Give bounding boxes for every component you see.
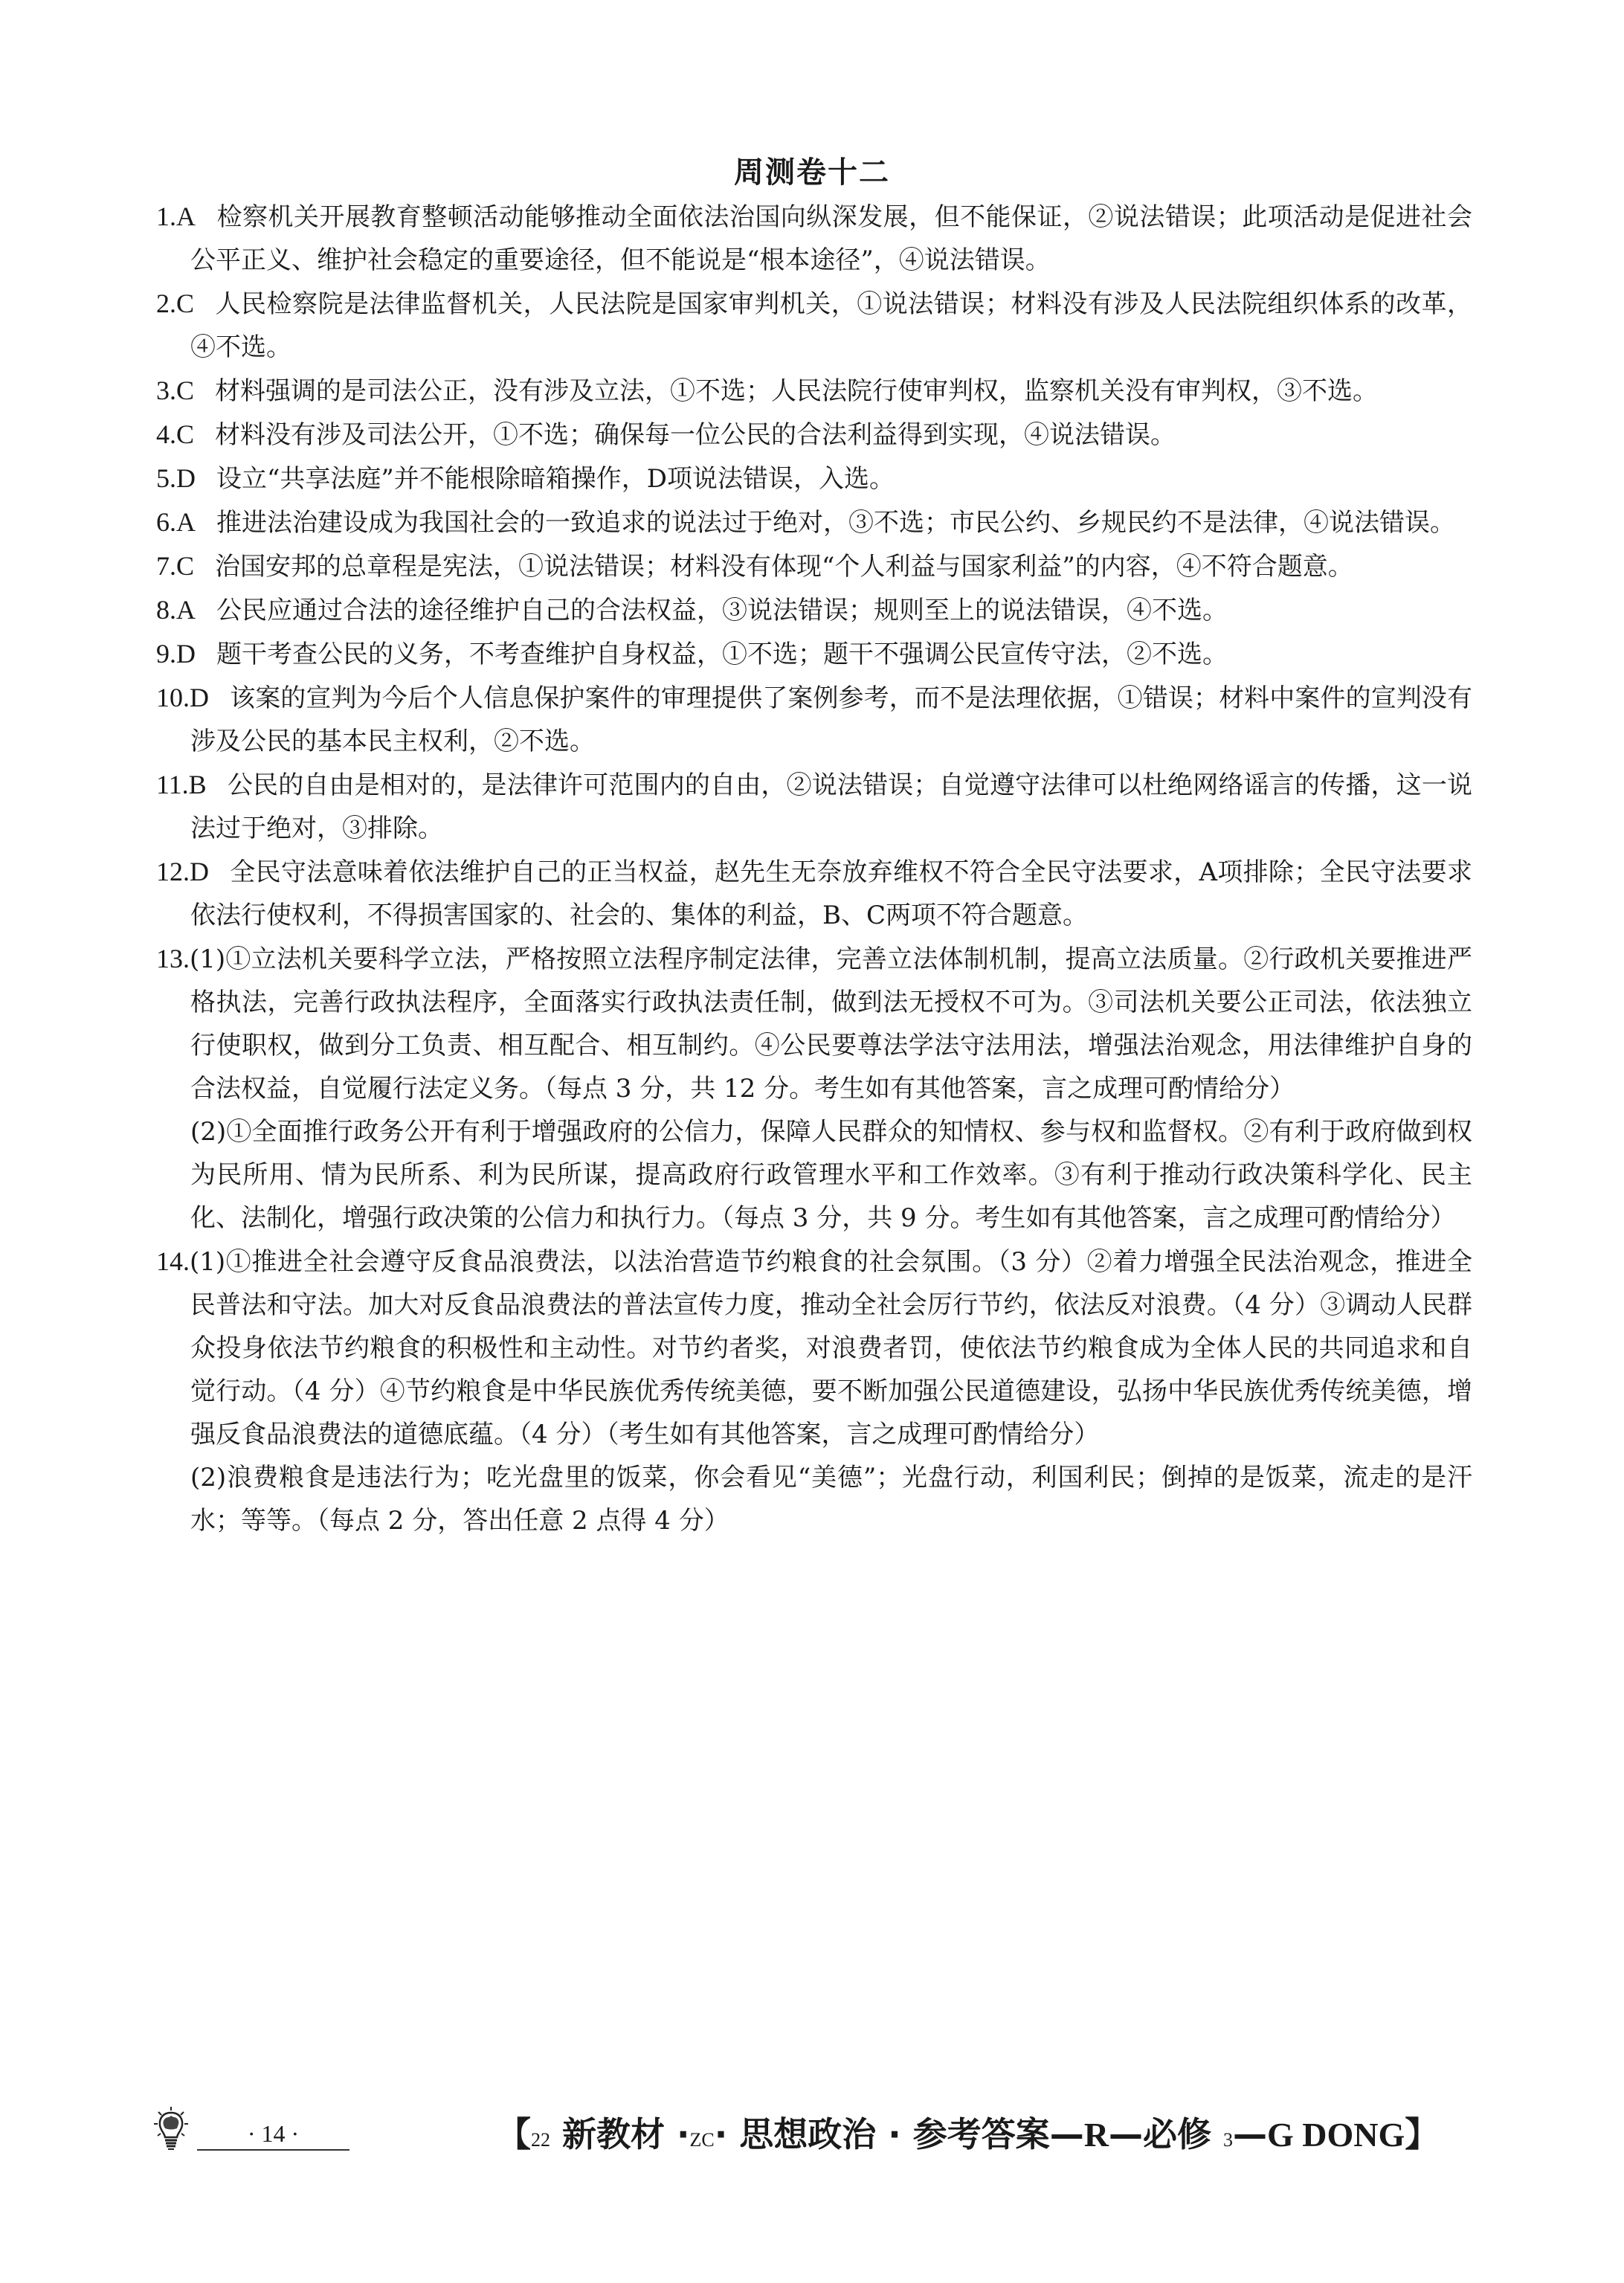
answer-explanation: 公民的自由是相对的，是法律许可范围内的自由，②说法错误；自觉遵守法律可以杜绝网络… — [190, 770, 1472, 843]
page-number: · 14 · — [197, 2120, 349, 2151]
answer-content: 1.A检察机关开展教育整顿活动能够推动全面依法治国向纵深发展，但不能保证，②说法… — [156, 195, 1472, 1542]
answer-explanation: 该案的宣判为今后个人信息保护案件的审理提供了案例参考，而不是法理依据，①错误；材… — [190, 683, 1472, 756]
answer-item-13-part-2: (2)①全面推行政务公开有利于增强政府的公信力，保障人民群众的知情权、参与权和监… — [156, 1110, 1472, 1240]
answer-explanation: 材料强调的是司法公正，没有涉及立法，①不选；人民法院行使审判权，监察机关没有审判… — [215, 376, 1378, 406]
answer-key: D — [190, 857, 209, 886]
footer-region: G DONG — [1267, 2116, 1405, 2154]
answer-key: D — [176, 463, 196, 493]
answer-item-3: 3.C材料强调的是司法公正，没有涉及立法，①不选；人民法院行使审判权，监察机关没… — [156, 369, 1472, 413]
footer-volume: 必修 — [1143, 2114, 1211, 2154]
footer-year: 22 — [531, 2129, 550, 2151]
page-title: 周测卷十二 — [0, 149, 1624, 191]
answer-key: A — [176, 507, 196, 537]
answer-explanation: 全民守法意味着依法维护自己的正当权益，赵先生无奈放弃维权不符合全民守法要求，A项… — [190, 857, 1472, 930]
answer-key: A — [176, 202, 196, 231]
answer-explanation: 公民应通过合法的途径维护自己的合法权益，③说法错误；规则至上的说法错误，④不选。 — [216, 596, 1228, 625]
answer-explanation: 检察机关开展教育整顿活动能够推动全面依法治国向纵深发展，但不能保证，②说法错误；… — [190, 202, 1472, 275]
answer-item-7: 7.C治国安邦的总章程是宪法，①说法错误；材料没有体现“个人利益与国家利益”的内… — [156, 544, 1472, 588]
answer-item-2: 2.C人民检察院是法律监督机关，人民法院是国家审判机关，①说法错误；材料没有涉及… — [156, 282, 1472, 369]
answer-key: B — [189, 770, 207, 799]
answer-explanation: 设立“共享法庭”并不能根除暗箱操作，D项说法错误，入选。 — [216, 464, 895, 494]
answer-item-6: 6.A推进法治建设成为我国社会的一致追求的说法过于绝对，③不选；市民公约、乡规民… — [156, 500, 1472, 544]
answer-item-8: 8.A公民应通过合法的途径维护自己的合法权益，③说法错误；规则至上的说法错误，④… — [156, 588, 1472, 632]
answer-key: C — [176, 551, 194, 581]
answer-explanation: (1)①推进全社会遵守反食品浪费法，以法治营造节约粮食的社会氛围。（3 分）②着… — [190, 1247, 1472, 1449]
footer-series: 新教材 — [562, 2114, 665, 2154]
answer-explanation: 材料没有涉及司法公开，①不选；确保每一位公民的合法利益得到实现，④说法错误。 — [215, 420, 1176, 450]
answer-key: D — [176, 639, 196, 669]
footer-volume-num: 3 — [1223, 2129, 1233, 2151]
page-footer-right: 【22 新教材 ·ZC· 思想政治 · 参考答案—R—必修 3—G DONG】 — [497, 2107, 1439, 2157]
footer-subject: 思想政治 — [739, 2114, 876, 2154]
footer-code: ZC — [690, 2129, 715, 2151]
answer-key: C — [176, 376, 194, 405]
answer-item-12: 12.D全民守法意味着依法维护自己的正当权益，赵先生无奈放弃维权不符合全民守法要… — [156, 850, 1472, 937]
answer-item-14-part-2: (2)浪费粮食是违法行为；吃光盘里的饭菜，你会看见“美德”；光盘行动，利国利民；… — [156, 1456, 1472, 1542]
lightbulb-brain-icon — [152, 2106, 190, 2151]
answer-explanation: 推进法治建设成为我国社会的一致追求的说法过于绝对，③不选；市民公约、乡规民约不是… — [216, 508, 1455, 538]
answer-item-11: 11.B公民的自由是相对的，是法律许可范围内的自由，②说法错误；自觉遵守法律可以… — [156, 763, 1472, 850]
answer-explanation: 治国安邦的总章程是宪法，①说法错误；材料没有体现“个人利益与国家利益”的内容，④… — [215, 552, 1353, 582]
answer-item-9: 9.D题干考查公民的义务，不考查维护自身权益，①不选；题干不强调公民宣传守法，②… — [156, 632, 1472, 676]
page-footer-left: · 14 · — [152, 2106, 349, 2151]
answer-item-13-part-1: 13.(1)①立法机关要科学立法，严格按照立法程序制定法律，完善立法体制机制，提… — [156, 937, 1472, 1110]
answer-item-5: 5.D设立“共享法庭”并不能根除暗箱操作，D项说法错误，入选。 — [156, 457, 1472, 500]
footer-doc-type: 参考答案 — [913, 2114, 1050, 2154]
answer-key: C — [176, 419, 194, 449]
answer-key: A — [176, 595, 196, 625]
answer-item-10: 10.D该案的宣判为今后个人信息保护案件的审理提供了案例参考，而不是法理依据，①… — [156, 676, 1472, 763]
answer-item-4: 4.C材料没有涉及司法公开，①不选；确保每一位公民的合法利益得到实现，④说法错误… — [156, 413, 1472, 457]
answer-key: D — [190, 683, 209, 712]
answer-explanation: (1)①立法机关要科学立法，严格按照立法程序制定法律，完善立法体制机制，提高立法… — [190, 944, 1472, 1104]
footer-edition: R — [1084, 2116, 1109, 2154]
answer-explanation: 人民检察院是法律监督机关，人民法院是国家审判机关，①说法错误；材料没有涉及人民法… — [190, 289, 1472, 362]
answer-key: C — [176, 289, 194, 318]
answer-explanation: 题干考查公民的义务，不考查维护自身权益，①不选；题干不强调公民宣传守法，②不选。 — [216, 640, 1228, 669]
answer-item-14-part-1: 14.(1)①推进全社会遵守反食品浪费法，以法治营造节约粮食的社会氛围。（3 分… — [156, 1240, 1472, 1456]
answer-item-1: 1.A检察机关开展教育整顿活动能够推动全面依法治国向纵深发展，但不能保证，②说法… — [156, 195, 1472, 282]
